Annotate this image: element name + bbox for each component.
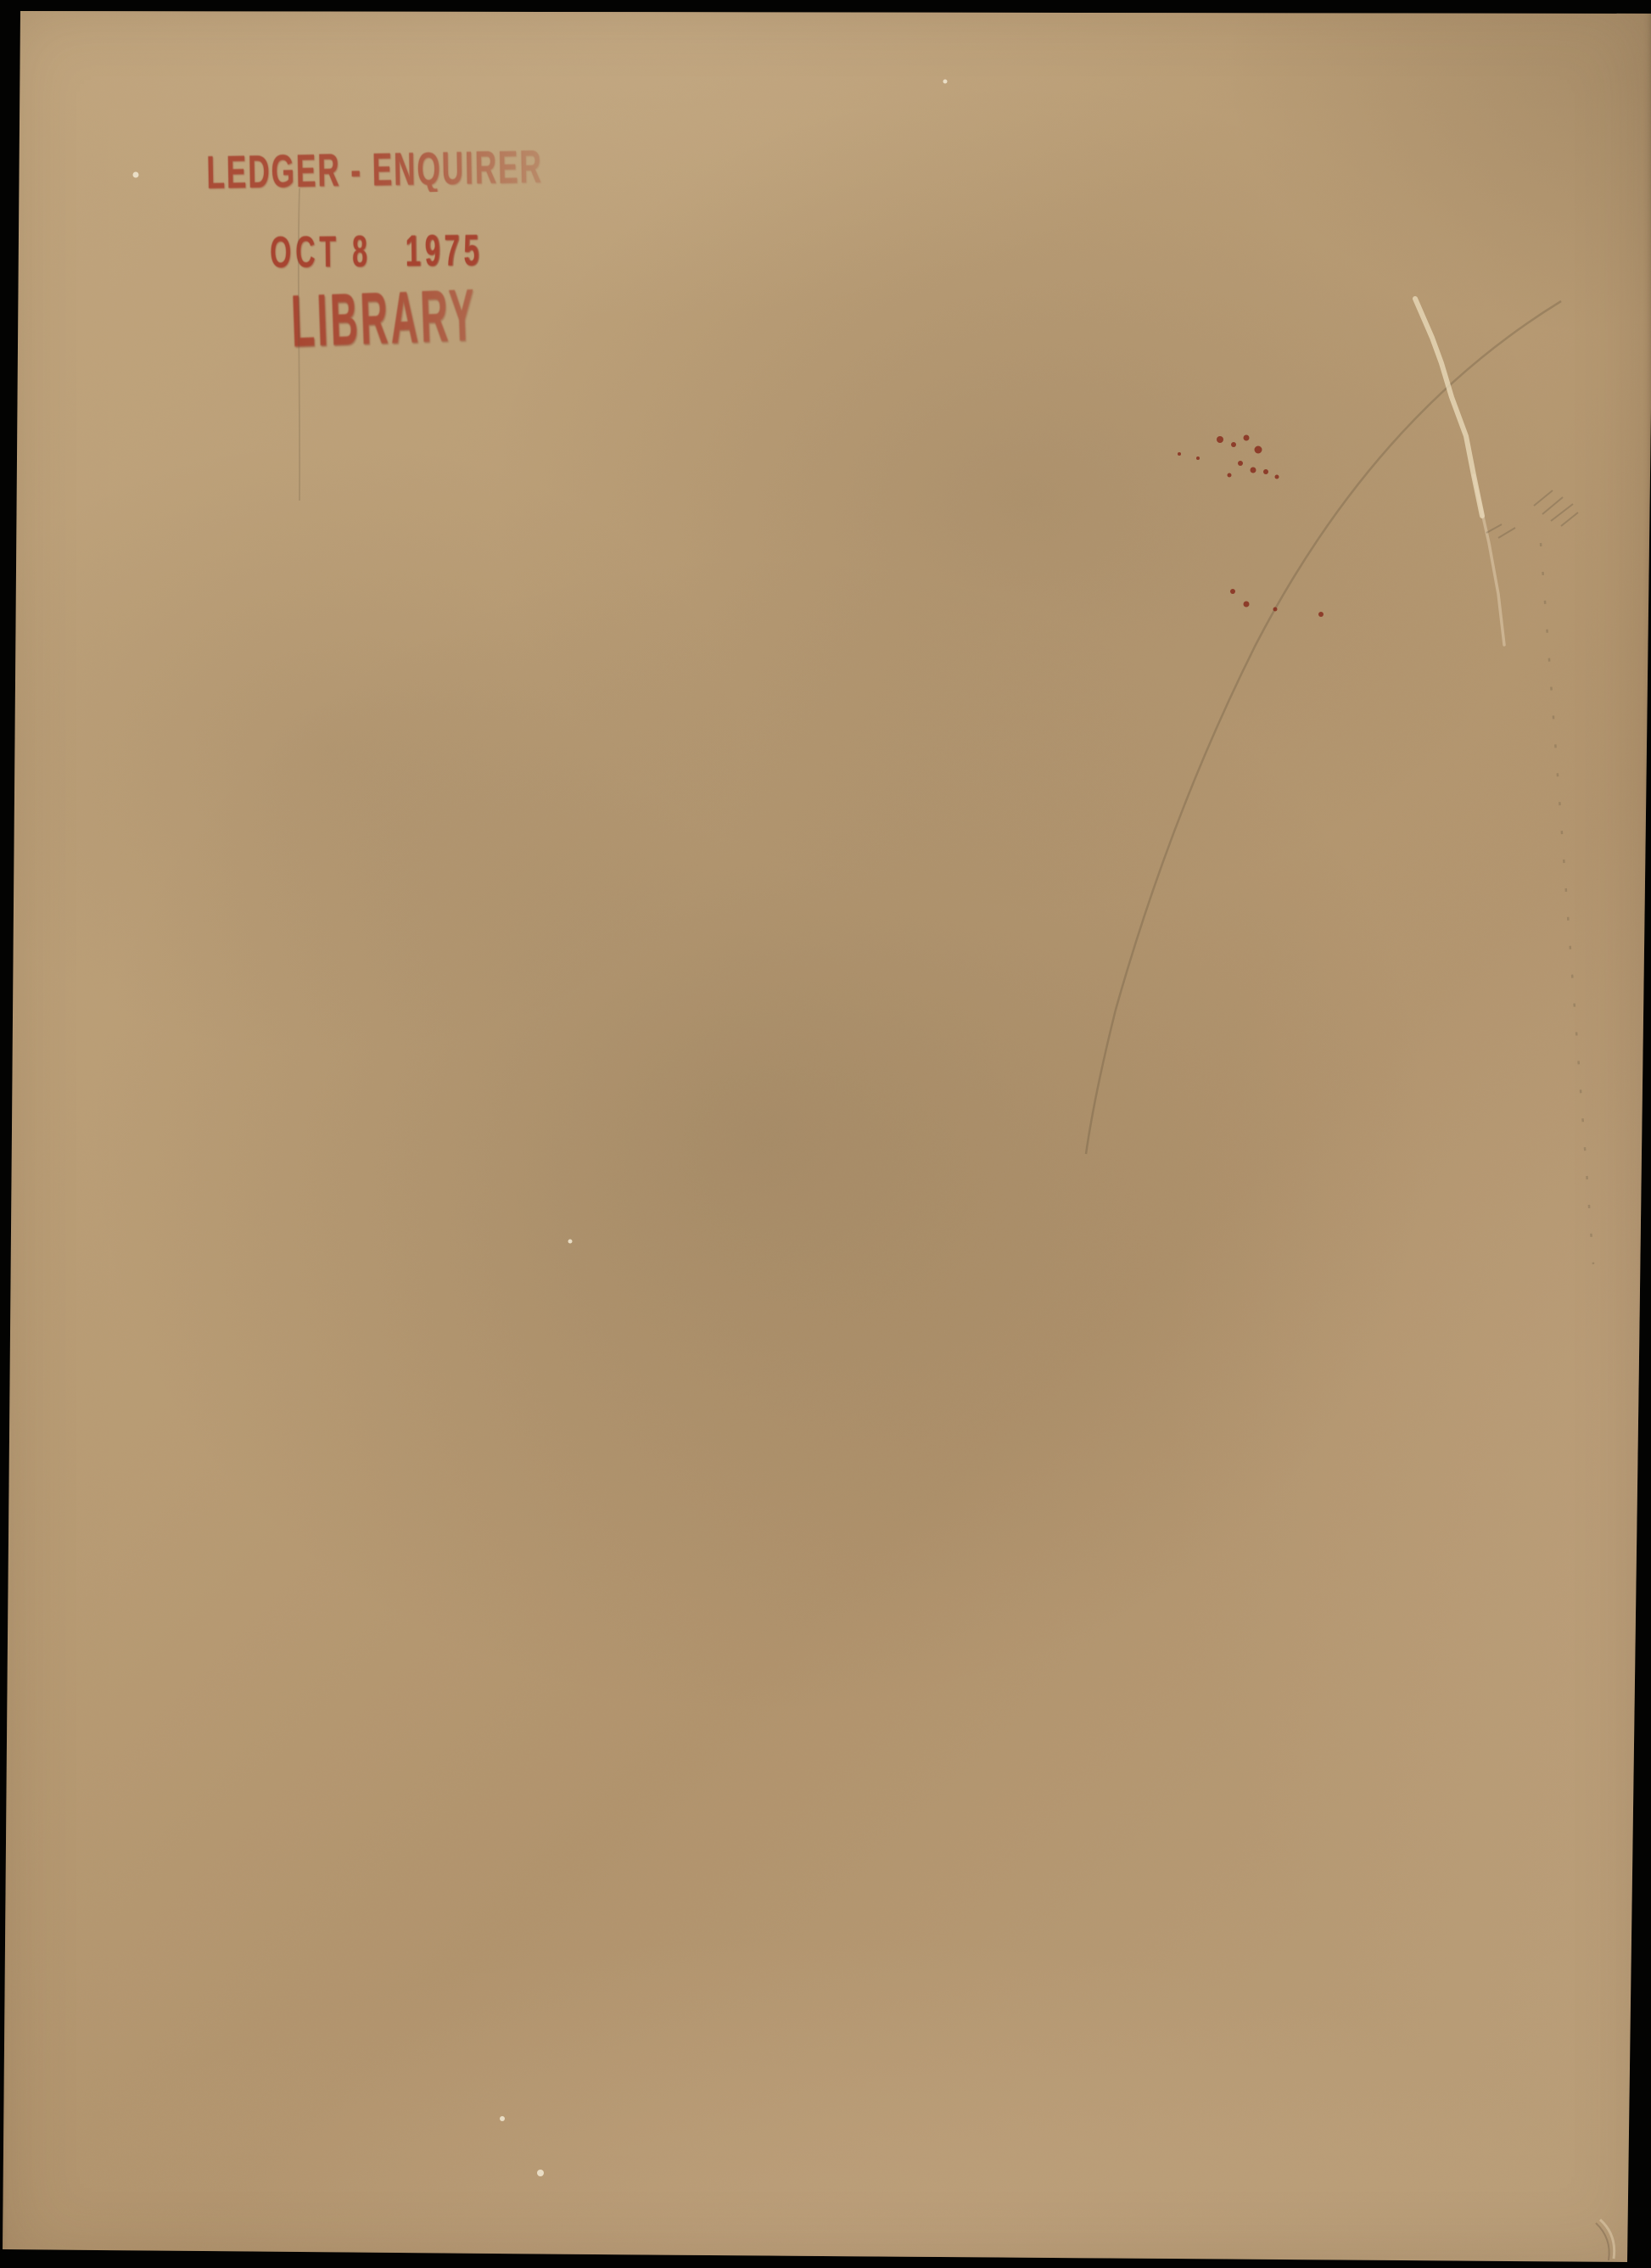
pencil-arc — [1086, 301, 1561, 1154]
paper-sheet: LEDGER - ENQUIRER OCT 8 1975 LIBRARY — [0, 0, 1651, 2268]
corner-wrinkle-shadow — [1596, 2223, 1609, 2260]
stamp-date-year: 1975 — [405, 228, 483, 273]
white-specks — [133, 80, 948, 2177]
stitch-impression-line — [1541, 543, 1593, 1264]
stamp-library: LIBRARY — [290, 278, 479, 358]
ink-speckles — [1178, 435, 1324, 618]
surface-marks — [0, 0, 1651, 2268]
stamp-newspaper-name: LEDGER - ENQUIRER — [206, 143, 543, 196]
stamp-date: OCT 8 1975 — [270, 228, 484, 275]
paper-grain-texture — [0, 0, 1651, 2268]
crease-scratch-tail — [1474, 475, 1504, 645]
crease-scratch — [1415, 299, 1482, 516]
corner-wrinkle — [1600, 2220, 1615, 2259]
pencil-scribble — [1486, 490, 1578, 538]
scanned-photo-back: LEDGER - ENQUIRER OCT 8 1975 LIBRARY — [0, 0, 1651, 2268]
stamp-date-day: OCT 8 — [270, 230, 372, 275]
